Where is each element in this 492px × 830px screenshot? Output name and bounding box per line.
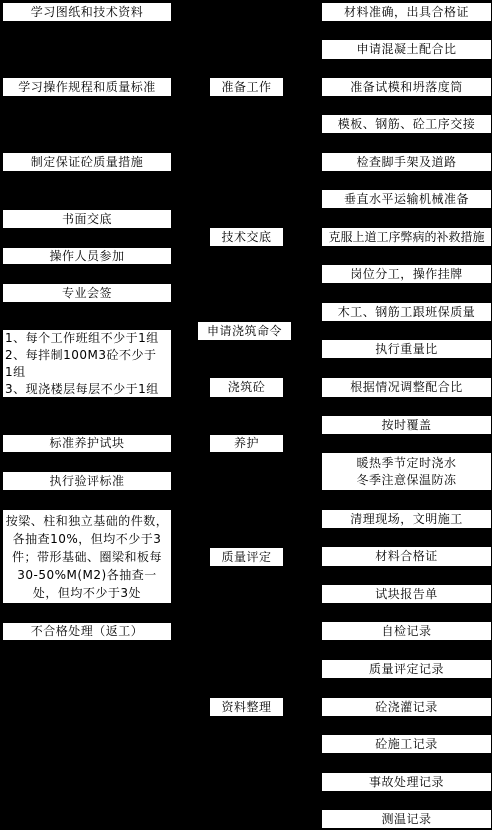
node-label: 执行重量比 xyxy=(375,341,438,358)
right-node-process-handover: 模板、钢筋、砼工序交接 xyxy=(322,115,491,133)
right-node-materials-certificate: 材料准确，出具合格证 xyxy=(322,3,491,21)
node-label: 技术交底 xyxy=(221,229,271,246)
right-node-self-inspection-record: 自检记录 xyxy=(322,622,491,640)
middle-node-technical-briefing: 技术交底 xyxy=(210,228,283,246)
node-label: 浇筑砼 xyxy=(228,379,266,396)
left-node-quality-measures: 制定保证砼质量措施 xyxy=(3,153,171,171)
requirement-line: 1、每个工作班组不少于1组 xyxy=(5,330,159,347)
node-label: 质量评定记录 xyxy=(369,661,444,678)
right-node-weight-ratio: 执行重量比 xyxy=(322,340,491,358)
left-node-study-drawings: 学习图纸和技术资料 xyxy=(3,3,171,21)
right-node-transport-machinery: 垂直水平运输机械准备 xyxy=(322,190,491,208)
left-node-sampling-rules: 按梁、柱和独立基础的件数，各抽查10%，但均不少于3件；带形基础、圈梁和板每30… xyxy=(3,510,171,603)
node-label: 材料合格证 xyxy=(375,548,438,565)
left-node-nonconformance-rework: 不合格处理（返工） xyxy=(3,623,171,640)
node-label: 测温记录 xyxy=(381,811,431,828)
right-node-crew-supervision: 木工、钢筋工跟班保质量 xyxy=(322,303,491,321)
middle-node-pour-concrete: 浇筑砼 xyxy=(210,378,283,397)
node-label: 资料整理 xyxy=(221,699,271,716)
node-label: 克服上道工序弊病的补救措施 xyxy=(328,229,484,246)
node-label: 模板、钢筋、砼工序交接 xyxy=(338,116,476,133)
left-node-written-briefing: 书面交底 xyxy=(3,210,171,228)
node-label: 岗位分工，操作挂牌 xyxy=(350,266,463,283)
left-node-standard-curing-block: 标准养护试块 xyxy=(3,435,171,452)
right-node-timely-covering: 按时覆盖 xyxy=(322,416,491,434)
node-label: 执行验评标准 xyxy=(49,473,124,490)
node-label: 专业会签 xyxy=(62,285,112,302)
left-node-professional-signoff: 专业会签 xyxy=(3,284,171,302)
node-label: 学习操作规程和质量标准 xyxy=(18,79,156,96)
node-label: 砼施工记录 xyxy=(375,736,438,753)
node-label: 垂直水平运输机械准备 xyxy=(344,191,469,208)
curing-line: 冬季注意保温防冻 xyxy=(356,472,456,489)
node-label: 不合格处理（返工） xyxy=(31,623,144,640)
left-node-operators-attend: 操作人员参加 xyxy=(3,248,171,264)
requirement-line: 3、现浇楼层每层不少于1组 xyxy=(5,381,159,398)
right-node-seasonal-curing: 暖热季节定时浇水 冬季注意保温防冻 xyxy=(322,453,491,490)
middle-node-curing: 养护 xyxy=(210,435,283,452)
requirement-line: 1组 xyxy=(5,364,26,381)
left-node-evaluation-standard: 执行验评标准 xyxy=(3,472,171,490)
node-label: 准备工作 xyxy=(221,79,271,96)
node-label: 砼浇灌记录 xyxy=(375,699,438,716)
right-node-remedial-measures: 克服上道工序弊病的补救措施 xyxy=(322,228,491,246)
left-node-study-procedures: 学习操作规程和质量标准 xyxy=(3,78,171,96)
right-node-incident-record: 事故处理记录 xyxy=(322,773,491,791)
node-label: 准备试模和坍落度筒 xyxy=(350,79,463,96)
node-label: 自检记录 xyxy=(381,623,431,640)
node-label: 标准养护试块 xyxy=(49,435,124,452)
node-label: 质量评定 xyxy=(221,549,271,566)
node-label: 按梁、柱和独立基础的件数，各抽查10%，但均不少于3件；带形基础、圈梁和板每30… xyxy=(5,512,169,602)
middle-node-quality-assessment: 质量评定 xyxy=(210,548,283,566)
curing-line: 暖热季节定时浇水 xyxy=(356,455,456,472)
node-label: 清理现场，文明施工 xyxy=(350,511,463,528)
node-label: 书面交底 xyxy=(62,211,112,228)
node-label: 养护 xyxy=(234,435,259,452)
right-node-material-certificate: 材料合格证 xyxy=(322,547,491,566)
node-label: 检查脚手架及道路 xyxy=(356,154,456,171)
right-node-construction-record: 砼施工记录 xyxy=(322,735,491,753)
node-label: 事故处理记录 xyxy=(369,774,444,791)
left-node-sample-requirements: 1、每个工作班组不少于1组 2、每拌制100M3砼不少于 1组 3、现浇楼层每层… xyxy=(3,330,171,397)
node-label: 操作人员参加 xyxy=(49,248,124,264)
right-node-mix-ratio-request: 申请混凝土配合比 xyxy=(322,40,491,59)
right-node-test-block-report: 试块报告单 xyxy=(322,585,491,603)
right-node-pouring-record: 砼浇灌记录 xyxy=(322,698,491,716)
right-node-temperature-record: 测温记录 xyxy=(322,810,491,828)
right-node-scaffold-check: 检查脚手架及道路 xyxy=(322,153,491,171)
node-label: 学习图纸和技术资料 xyxy=(31,4,144,21)
right-node-test-molds: 准备试模和坍落度筒 xyxy=(322,78,491,96)
right-node-site-cleanup: 清理现场，文明施工 xyxy=(322,510,491,528)
right-node-quality-assessment-record: 质量评定记录 xyxy=(322,660,491,678)
requirement-line: 2、每拌制100M3砼不少于 xyxy=(5,347,157,364)
node-label: 木工、钢筋工跟班保质量 xyxy=(338,304,476,321)
node-label: 按时覆盖 xyxy=(381,417,431,434)
right-node-adjust-mix: 根据情况调整配合比 xyxy=(322,378,491,397)
node-label: 材料准确，出具合格证 xyxy=(344,4,469,21)
right-node-job-assignment: 岗位分工，操作挂牌 xyxy=(322,265,491,283)
node-label: 制定保证砼质量措施 xyxy=(31,154,144,171)
node-label: 申请浇筑命令 xyxy=(207,323,282,340)
node-label: 试块报告单 xyxy=(375,586,438,603)
middle-node-preparation: 准备工作 xyxy=(210,78,283,96)
node-label: 申请混凝土配合比 xyxy=(356,41,456,58)
middle-node-pour-request: 申请浇筑命令 xyxy=(198,322,291,340)
node-label: 根据情况调整配合比 xyxy=(350,379,463,396)
middle-node-documentation: 资料整理 xyxy=(210,698,283,716)
